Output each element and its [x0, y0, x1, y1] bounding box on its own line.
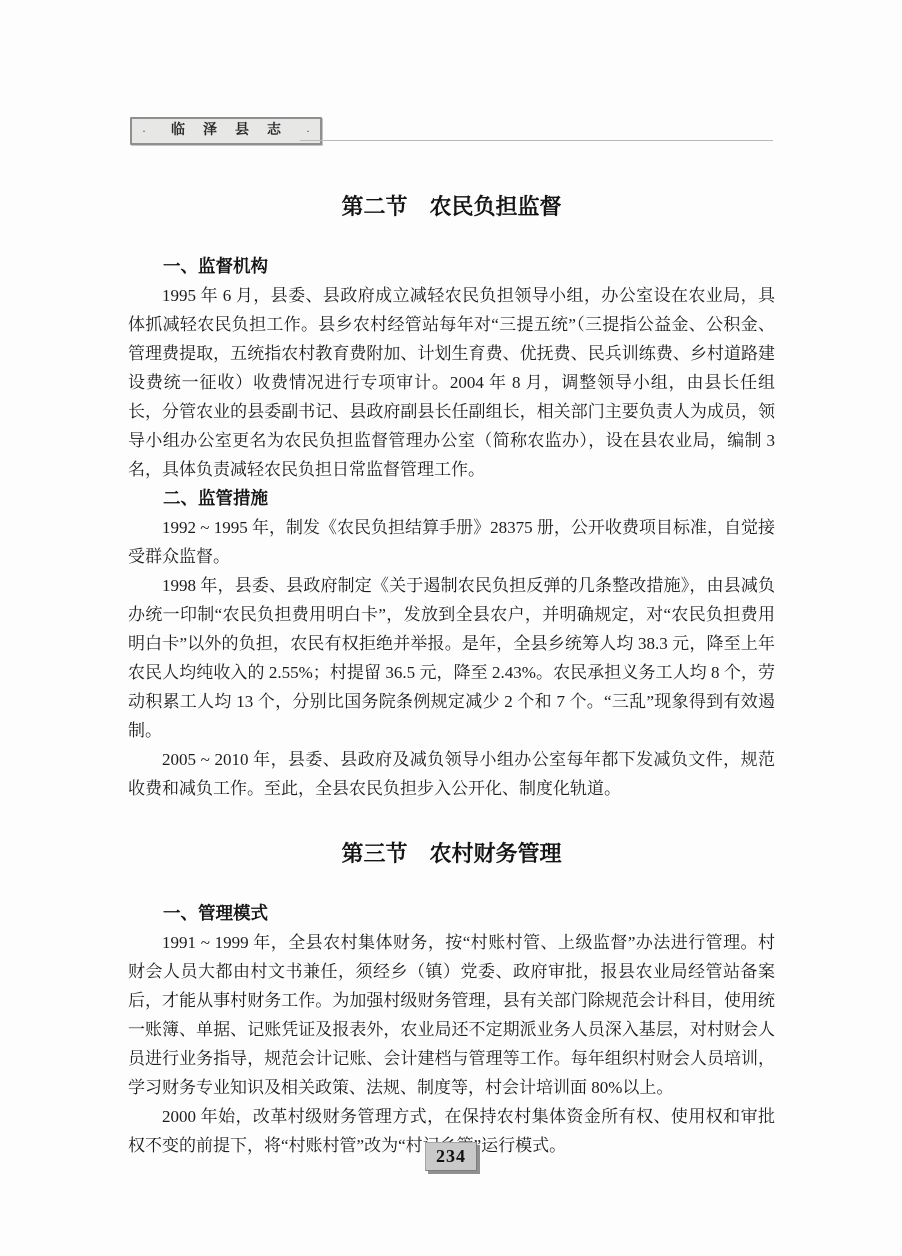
header-rule	[300, 140, 773, 141]
subsection-heading-supervisory-organs: 一、监督机构	[128, 252, 775, 281]
paragraph: 1991 ~ 1999 年，全县农村集体财务，按“村账村管、上级监督”办法进行管…	[128, 928, 775, 1102]
header-left-dot: ·	[142, 125, 146, 137]
section-title-2: 第二节 农民负担监督	[128, 192, 775, 222]
paragraph: 1995 年 6 月，县委、县政府成立减轻农民负担领导小组，办公室设在农业局，具…	[128, 281, 775, 484]
book-title: 临泽县志	[153, 124, 299, 138]
page-content: 第二节 农民负担监督 一、监督机构 1995 年 6 月，县委、县政府成立减轻农…	[128, 183, 775, 1160]
page-number: 234	[436, 1146, 466, 1166]
header-right-dot: ·	[306, 125, 310, 137]
subsection-heading-management-model: 一、管理模式	[128, 899, 775, 928]
book-title-box: · 临泽县志 ·	[130, 117, 322, 145]
paragraph: 1992 ~ 1995 年，制发《农民负担结算手册》28375 册，公开收费项目…	[128, 513, 775, 571]
paragraph: 2005 ~ 2010 年，县委、县政府及减负领导小组办公室每年都下发减负文件，…	[128, 745, 775, 803]
subsection-heading-supervision-measures: 二、监管措施	[128, 484, 775, 513]
paragraph: 1998 年，县委、县政府制定《关于遏制农民负担反弹的几条整改措施》，由县减负办…	[128, 571, 775, 745]
running-header: · 临泽县志 ·	[130, 117, 773, 143]
section-title-3: 第三节 农村财务管理	[128, 839, 775, 869]
scanned-book-page: · 临泽县志 · 第二节 农民负担监督 一、监督机构 1995 年 6 月，县委…	[0, 0, 902, 1256]
page-number-box: 234	[425, 1142, 477, 1171]
